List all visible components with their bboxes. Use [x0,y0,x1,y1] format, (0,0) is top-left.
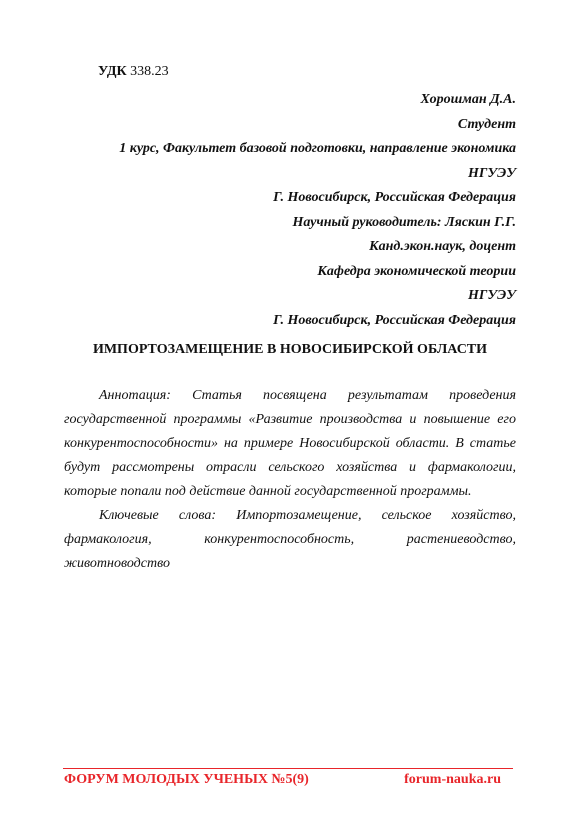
journal-name: ФОРУМ МОЛОДЫХ УЧЕНЫХ №5(9) [64,772,309,788]
supervisor-name: Научный руководитель: Ляскин Г.Г. [119,211,516,236]
author-university: НГУЭУ [119,162,516,187]
article-title: ИМПОРТОЗАМЕЩЕНИЕ В НОВОСИБИРСКОЙ ОБЛАСТИ [0,342,580,358]
supervisor-department: Кафедра экономической теории [119,260,516,285]
supervisor-university: НГУЭУ [119,284,516,309]
footer-divider [63,768,513,769]
author-status: Студент [119,113,516,138]
journal-site-link[interactable]: forum-nauka.ru [404,772,501,788]
supervisor-city: Г. Новосибирск, Российская Федерация [119,309,516,334]
author-name: Хорошман Д.А. [119,88,516,113]
udk-code: УДК 338.23 [98,64,169,80]
udk-label: УДК [98,64,127,79]
supervisor-degree: Канд.экон.наук, доцент [119,235,516,260]
udk-value: 338.23 [130,64,169,79]
author-block: Хорошман Д.А. Студент 1 курс, Факультет … [119,88,516,333]
abstract-text: Аннотация: Статья посвящена результатам … [64,384,516,504]
author-city: Г. Новосибирск, Российская Федерация [119,186,516,211]
abstract-section: Аннотация: Статья посвящена результатам … [64,384,516,576]
keywords-text: Ключевые слова: Импортозамещение, сельск… [64,504,516,576]
author-faculty: 1 курс, Факультет базовой подготовки, на… [119,137,516,162]
